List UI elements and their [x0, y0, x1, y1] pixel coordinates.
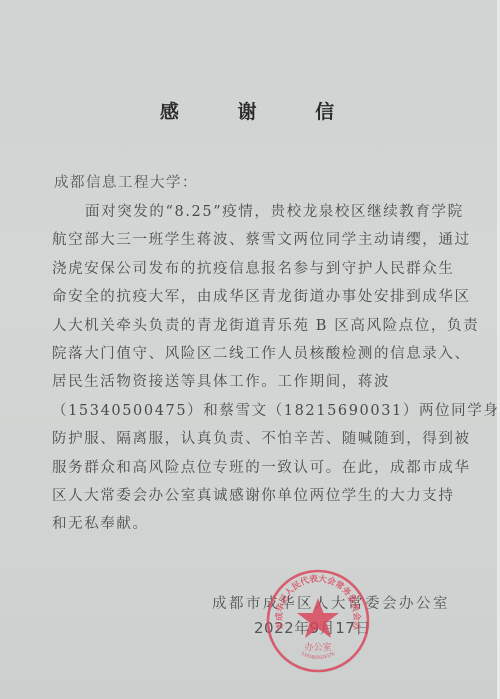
body-line: 居民生活物资接送等具体工作。工作期间，蒋波 [52, 368, 452, 396]
body-line: 人大机关牵头负责的青龙街道青乐苑 B 区高风险点位，负责 [52, 312, 452, 340]
body-line: 防护服、隔离服，认真负责、不怕辛苦、随喊随到，得到被 [52, 425, 452, 453]
body-line: 浇虎安保公司发布的抗疫信息报名参与到守护人民群众生 [52, 255, 452, 283]
body-line: 航空部大三一班学生蒋波、蔡雪文两位同学主动请缨，通过 [52, 226, 452, 254]
stamp-center-text: 办公室 [304, 641, 331, 653]
body-line: （15340500475）和蔡雪文（18215690031）两位同学身穿 [52, 397, 452, 425]
body-line: 服务群众和高风险点位专班的一致认可。在此，成都市成华 [52, 454, 452, 482]
letter-body: 面对突发的“8.25”疫情，贵校龙泉校区继续教育学院 航空部大三一班学生蒋波、蔡… [52, 198, 452, 539]
letter-title: 感 谢 信 [0, 97, 500, 124]
official-seal-icon: 成都市成华区人民代表大会常务委员会办公室 办公室 5101085038176 [265, 568, 371, 674]
body-line: 命安全的抗疫大军，由成华区青龙街道办事处安排到成华区 [52, 283, 452, 311]
body-line: 和无私奉献。 [52, 510, 452, 538]
body-line: 院落大门值守、风险区二线工作人员核酸检测的信息录入、 [52, 340, 452, 368]
body-line: 区人大常委会办公室真诚感谢你单位两位学生的大力支持 [52, 482, 452, 510]
salutation: 成都信息工程大学： [54, 171, 198, 192]
body-line: 面对突发的“8.25”疫情，贵校龙泉校区继续教育学院 [52, 198, 452, 226]
